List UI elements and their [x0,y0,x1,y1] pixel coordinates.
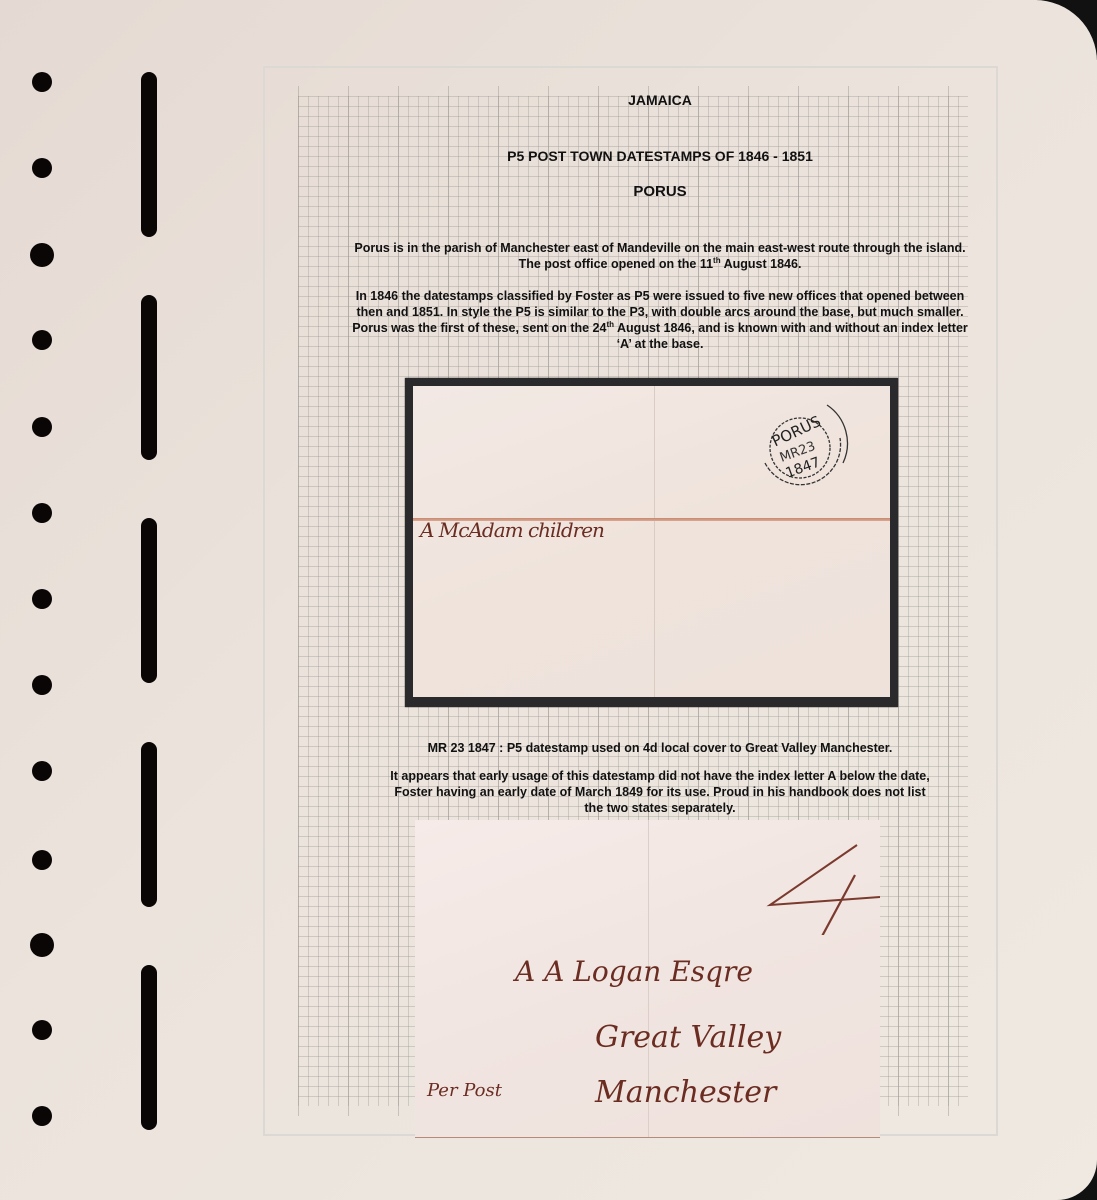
address-line: Great Valley [595,1020,781,1055]
manuscript-note: A McAdam children [420,518,604,542]
binder-hole [32,589,52,609]
section-title: P5 POST TOWN DATESTAMPS OF 1846 - 1851 [330,148,990,164]
binder-slot [141,742,157,907]
binder-hole [32,503,52,523]
notes-line: It appears that early usage of this date… [330,768,990,784]
binder-slot [141,72,157,237]
binder-slot [141,518,157,683]
binder-hole [32,1020,52,1040]
address-line: Manchester [595,1075,776,1110]
cover-caption: MR 23 1847 : P5 datestamp used on 4d loc… [330,740,990,756]
notes-line: the two states separately. [330,800,990,816]
address-line: A A Logan Esqre [515,955,753,988]
history-line: Porus was the first of these, sent on th… [330,320,990,336]
town-heading: PORUS [330,184,990,200]
history-line: ‘A’ at the base. [330,336,990,352]
binder-hole [32,850,52,870]
history-paragraph: In 1846 the datestamps classified by Fos… [330,288,990,352]
intro-paragraph: Porus is in the parish of Manchester eas… [330,240,990,272]
intro-line: The post office opened on the 11th Augus… [330,256,990,272]
binder-hole [32,158,52,178]
intro-line: Porus is in the parish of Manchester eas… [330,240,990,256]
country-heading: JAMAICA [330,92,990,108]
porus-datestamp: PORUS MR23 1847 [745,393,850,498]
history-line: then and 1851. In style the P5 is simila… [330,304,990,320]
binder-slot [141,965,157,1130]
binder-hole [32,417,52,437]
notes-line: Foster having an early date of March 184… [330,784,990,800]
binder-slot [141,295,157,460]
binder-hole [32,761,52,781]
binder-hole [32,675,52,695]
binder-hole [30,243,54,267]
rate-marking-4 [745,835,885,935]
history-line: In 1846 the datestamps classified by Fos… [330,288,990,304]
binder-hole [32,330,52,350]
notes-paragraph: It appears that early usage of this date… [330,768,990,816]
cover-front: A A Logan Esqre Great Valley Manchester … [415,820,880,1138]
binder-hole [30,933,54,957]
binder-hole [32,1106,52,1126]
endorsement: Per Post [427,1080,502,1101]
cover-fold [654,386,655,697]
binder-hole [32,72,52,92]
